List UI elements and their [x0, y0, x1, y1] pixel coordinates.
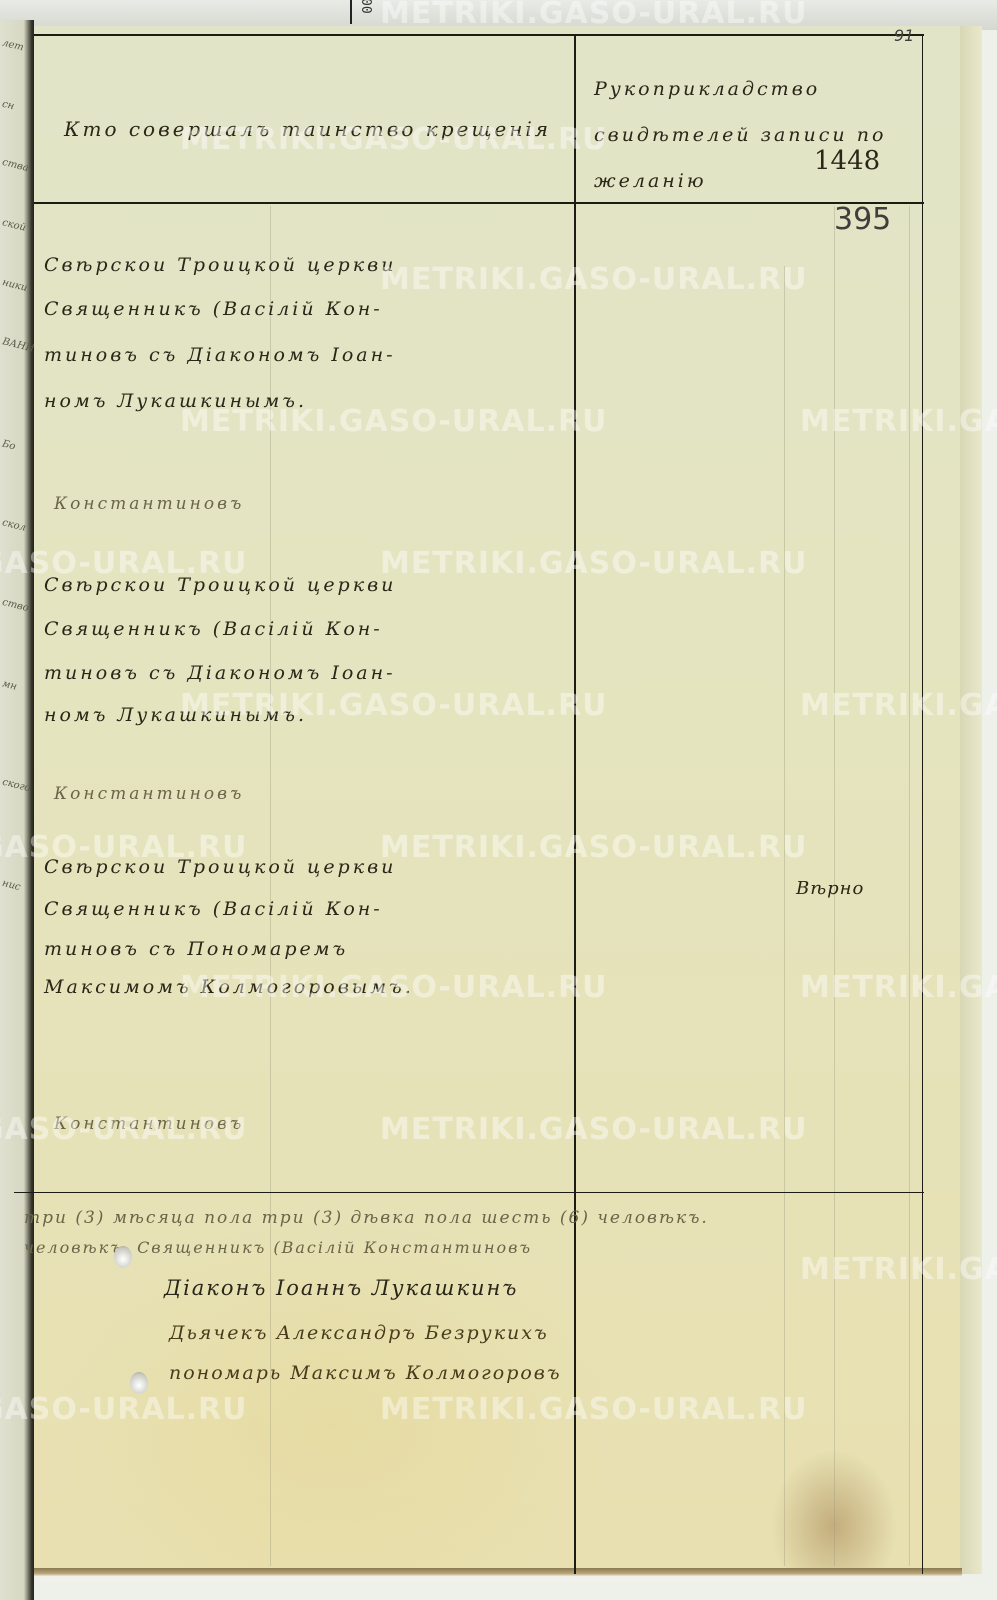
watermark: METRIKI.GASO-URAL.RU [180, 404, 608, 439]
paper-hole [114, 1246, 132, 1268]
left-fragment: сн [1, 99, 15, 113]
signature-ponomar: пономарь Максимъ Колмогоровъ [169, 1362, 562, 1384]
watermark: METRIKI.GASO-URAL.RU [180, 122, 608, 157]
entry-1-line-1: Свѣрскои Троицкой церкви [44, 254, 396, 276]
entry-1-signature: Константиновъ [54, 494, 244, 514]
watermark: METRIKI.GASO-URAL.RU [0, 546, 248, 581]
left-fragment: ского [1, 777, 31, 795]
left-fragment: ники [1, 277, 28, 294]
archive-page-number: 395 [834, 202, 891, 237]
watermark: METRIKI.GASO-URAL.RU [800, 970, 997, 1005]
faint-ruling [784, 266, 785, 1566]
watermark: METRIKI.GASO-URAL.RU [0, 1112, 248, 1147]
left-fragment: лет [1, 38, 25, 54]
top-strip-number: 00 [358, 0, 373, 14]
left-fragment: скол [1, 517, 27, 533]
left-fragment: мн [1, 678, 18, 692]
entry-2-signature: Константиновъ [54, 784, 244, 804]
register-page: Кто совершалъ таинство крещенія Рукоприк… [34, 26, 962, 1574]
footer-summary-line-2: человѣкъ. Священникъ (Васілій Константин… [24, 1238, 532, 1257]
watermark: METRIKI.GASO-URAL.RU [0, 1392, 248, 1427]
left-fragment: нис [1, 878, 22, 893]
watermark: METRIKI.GASO-URAL.RU [800, 688, 997, 723]
torn-bottom-edge [34, 1568, 962, 1582]
paper-hole [130, 1372, 148, 1394]
watermark: METRIKI.GASO-URAL.RU [800, 404, 997, 439]
watermark: METRIKI.GASO-URAL.RU [180, 970, 608, 1005]
left-fragment: ской [1, 217, 27, 233]
watermark: METRIKI.GASO-URAL.RU [380, 262, 808, 297]
page-edge [960, 26, 982, 1574]
table-top-rule [34, 34, 924, 36]
entry-2-line-3: тиновъ съ Діакономъ Іоан- [44, 662, 396, 684]
watermark: METRIKI.GASO-URAL.RU [0, 830, 248, 865]
entry-3-line-2: Священникъ (Васілій Кон- [44, 898, 383, 920]
folio-number: 91 [894, 26, 914, 45]
left-fragment: ство [1, 597, 30, 614]
entry-1-line-2: Священникъ (Васілій Кон- [44, 298, 383, 320]
watermark: METRIKI.GASO-URAL.RU [380, 1112, 808, 1147]
footer-top-rule [14, 1192, 924, 1193]
right-column-title: Рукоприкладство свидѣтелей записи по жел… [594, 66, 914, 204]
entry-3-line-3: тиновъ съ Пономаремъ [44, 938, 348, 960]
entry-1-line-3: тиновъ съ Діакономъ Іоан- [44, 344, 396, 366]
left-fragment: Бо [1, 439, 17, 453]
watermark: METRIKI.GASO-URAL.RU [380, 546, 808, 581]
top-marker-line [350, 0, 352, 24]
left-fragment: ства [1, 157, 30, 174]
right-border [922, 34, 923, 1574]
watermark: METRIKI.GASO-URAL.RU [380, 0, 808, 31]
watermark: METRIKI.GASO-URAL.RU [380, 830, 808, 865]
left-fragment: ВАНИ [1, 336, 34, 355]
watermark: METRIKI.GASO-URAL.RU [180, 688, 608, 723]
entry-2-line-2: Священникъ (Васілій Кон- [44, 618, 383, 640]
signature-sexton: Дьячекъ Александръ Безрукихъ [169, 1322, 549, 1344]
register-number: 1448 [814, 146, 880, 176]
entry-3-right-note: Вѣрно [796, 878, 864, 899]
watermark: METRIKI.GASO-URAL.RU [800, 1252, 997, 1287]
footer-summary-line-1: три (3) мѣсяца пола три (3) дѣвка пола ш… [24, 1208, 709, 1228]
left-facing-page: лет сн ства ской ники ВАНИ Бо скол ство … [0, 20, 34, 1600]
signature-deacon: Діаконъ Іоаннъ Лукашкинъ [164, 1276, 518, 1300]
watermark: METRIKI.GASO-URAL.RU [380, 1392, 808, 1427]
